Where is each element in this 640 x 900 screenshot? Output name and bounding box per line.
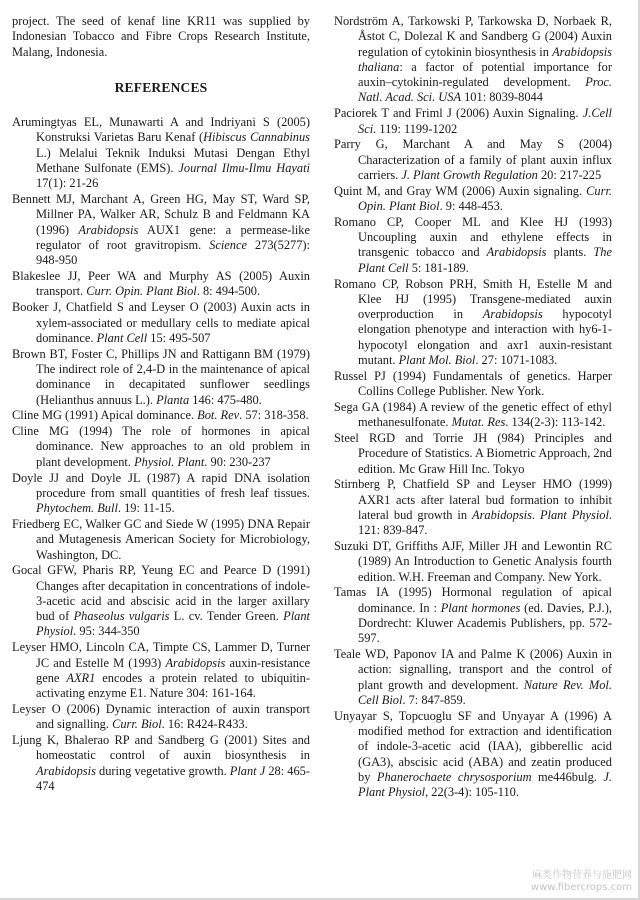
- reference-entry: Booker J, Chatfield S and Leyser O (2003…: [12, 300, 310, 346]
- reference-text: 17(1): 21-26: [36, 176, 98, 190]
- references-list-left: Arumingtyas EL, Munawarti A and Indriyan…: [12, 115, 310, 794]
- reference-italic-text: Journal Ilmu-Ilmu Hayati: [178, 161, 310, 175]
- reference-italic-text: Planta: [156, 393, 189, 407]
- reference-italic-text: Phaseolus vulgaris: [74, 609, 170, 623]
- reference-text: Doyle JJ and Doyle JL (1987) A rapid DNA…: [12, 471, 310, 500]
- reference-italic-text: Mutat. Res: [452, 415, 506, 429]
- reference-italic-text: Plant Physiol: [540, 508, 609, 522]
- reference-entry: Romano CP, Robson PRH, Smith H, Estelle …: [334, 277, 612, 369]
- reference-italic-text: Plant hormones: [441, 601, 521, 615]
- intro-paragraph: project. The seed of kenaf line KR11 was…: [12, 14, 310, 60]
- reference-entry: Gocal GFW, Pharis RP, Yeung EC and Pearc…: [12, 563, 310, 639]
- reference-italic-text: Arabidopsis: [483, 307, 543, 321]
- reference-entry: Blakeslee JJ, Peer WA and Murphy AS (200…: [12, 269, 310, 300]
- reference-entry: Quint M, and Gray WM (2006) Auxin signal…: [334, 184, 612, 215]
- reference-text: . 119: 1199-1202: [373, 122, 457, 136]
- reference-text: Suzuki DT, Griffiths AJF, Miller JH and …: [334, 539, 612, 584]
- right-column: Nordström A, Tarkowski P, Tarkowska D, N…: [334, 0, 612, 801]
- reference-entry: Nordström A, Tarkowski P, Tarkowska D, N…: [334, 14, 612, 106]
- reference-entry: Brown BT, Foster C, Phillips JN and Ratt…: [12, 347, 310, 408]
- reference-italic-text: Arabidopsis: [165, 656, 225, 670]
- reference-text: . 8: 494-500.: [197, 284, 260, 298]
- reference-text: 20: 217-225: [538, 168, 601, 182]
- reference-entry: Romano CP, Cooper ML and Klee HJ (1993) …: [334, 215, 612, 276]
- reference-italic-text: AXR1: [66, 671, 95, 685]
- reference-italic-text: Plant Mol. Biol: [399, 353, 476, 367]
- reference-entry: Bennett MJ, Marchant A, Green HG, May ST…: [12, 192, 310, 268]
- reference-italic-text: Arabidopsis: [78, 223, 138, 237]
- reference-entry: Tamas IA (1995) Hormonal regulation of a…: [334, 585, 612, 646]
- reference-text: Steel RGD and Torrie JH (984) Principles…: [334, 431, 612, 476]
- reference-text: during vegetative growth.: [96, 764, 230, 778]
- reference-entry: Steel RGD and Torrie JH (984) Principles…: [334, 431, 612, 477]
- reference-text: 5: 181-189.: [409, 261, 469, 275]
- reference-text: 15: 495-507: [147, 331, 210, 345]
- reference-italic-text: Curr. Biol: [112, 717, 162, 731]
- reference-entry: Ljung K, Bhalerao RP and Sandberg G (200…: [12, 733, 310, 794]
- reference-text: , 22(3-4): 105-110.: [425, 785, 519, 799]
- reference-entry: Paciorek T and Friml J (2006) Auxin Sign…: [334, 106, 612, 137]
- reference-text: . 90: 230-237: [204, 455, 270, 469]
- watermark-site-name: 麻类作物营养与施肥网: [531, 870, 632, 882]
- reference-entry: Arumingtyas EL, Munawarti A and Indriyan…: [12, 115, 310, 191]
- reference-entry: Doyle JJ and Doyle JL (1987) A rapid DNA…: [12, 471, 310, 517]
- reference-text: . 7: 847-859.: [402, 693, 465, 707]
- reference-italic-text: Phanerochaete chrysosporium: [377, 770, 532, 784]
- reference-entry: Leyser O (2006) Dynamic interaction of a…: [12, 702, 310, 733]
- reference-italic-text: Science: [209, 238, 247, 252]
- reference-text: . 27: 1071-1083.: [475, 353, 557, 367]
- reference-entry: Suzuki DT, Griffiths AJF, Miller JH and …: [334, 539, 612, 585]
- reference-entry: Cline MG (1991) Apical dominance. Bot. R…: [12, 408, 310, 423]
- reference-text: Friedberg EC, Walker GC and Siede W (199…: [12, 517, 310, 562]
- reference-entry: Unyayar S, Topcuoglu SF and Unyayar A (1…: [334, 709, 612, 801]
- reference-text: 146: 475-480.: [189, 393, 262, 407]
- reference-italic-text: Physiol. Plant: [134, 455, 204, 469]
- reference-entry: Sega GA (1984) A review of the genetic e…: [334, 400, 612, 431]
- references-list-right: Nordström A, Tarkowski P, Tarkowska D, N…: [334, 14, 612, 801]
- reference-entry: Leyser HMO, Lincoln CA, Timpte CS, Lamme…: [12, 640, 310, 701]
- left-column: project. The seed of kenaf line KR11 was…: [12, 0, 310, 795]
- reference-entry: Friedberg EC, Walker GC and Siede W (199…: [12, 517, 310, 563]
- reference-text: Ljung K, Bhalerao RP and Sandberg G (200…: [12, 733, 310, 762]
- reference-text: . 57: 318-358.: [239, 408, 309, 422]
- reference-text: Russel PJ (1994) Fundamentals of genetic…: [334, 369, 612, 398]
- reference-text: . 9: 448-453.: [440, 199, 503, 213]
- references-heading: REFERENCES: [12, 80, 310, 95]
- reference-text: Quint M, and Gray WM (2006) Auxin signal…: [334, 184, 586, 198]
- reference-italic-text: Arabidopsis: [36, 764, 96, 778]
- reference-italic-text: Hibiscus Cannabinus: [203, 130, 310, 144]
- reference-entry: Russel PJ (1994) Fundamentals of genetic…: [334, 369, 612, 400]
- watermark-url: www.fibercrops.com: [531, 882, 632, 894]
- watermark: 麻类作物营养与施肥网 www.fibercrops.com: [531, 870, 632, 894]
- reference-italic-text: Bot. Rev: [197, 408, 239, 422]
- reference-italic-text: Plant J: [230, 764, 265, 778]
- reference-text: . 19: 11-15.: [118, 501, 175, 515]
- reference-text: L. cv. Tender Green.: [169, 609, 283, 623]
- reference-italic-text: J. Plant Growth Regulation: [401, 168, 538, 182]
- reference-text: . 16: R424-R433.: [162, 717, 248, 731]
- reference-entry: Teale WD, Paponov IA and Palme K (2006) …: [334, 647, 612, 708]
- reference-text: Paciorek T and Friml J (2006) Auxin Sign…: [334, 106, 583, 120]
- reference-entry: Stirnberg P, Chatfield SP and Leyser HMO…: [334, 477, 612, 538]
- reference-text: me446bulg.: [532, 770, 604, 784]
- reference-italic-text: Phytochem. Bull: [36, 501, 118, 515]
- reference-text: Cline MG (1991) Apical dominance.: [12, 408, 197, 422]
- reference-entry: Cline MG (1994) The role of hormones in …: [12, 424, 310, 470]
- reference-entry: Parry G, Marchant A and May S (2004) Cha…: [334, 137, 612, 183]
- reference-italic-text: Plant Cell: [97, 331, 148, 345]
- reference-text: plants.: [547, 245, 594, 259]
- reference-text: . 95: 344-350: [73, 624, 139, 638]
- reference-italic-text: Arabidopsis: [487, 245, 547, 259]
- reference-italic-text: Curr. Opin. Plant Biol: [86, 284, 197, 298]
- reference-text: .: [532, 508, 540, 522]
- reference-text: . 134(2-3): 113-142.: [505, 415, 605, 429]
- reference-italic-text: Arabidopsis: [472, 508, 532, 522]
- document-page: project. The seed of kenaf line KR11 was…: [0, 0, 640, 900]
- reference-text: 101: 8039-8044: [461, 90, 543, 104]
